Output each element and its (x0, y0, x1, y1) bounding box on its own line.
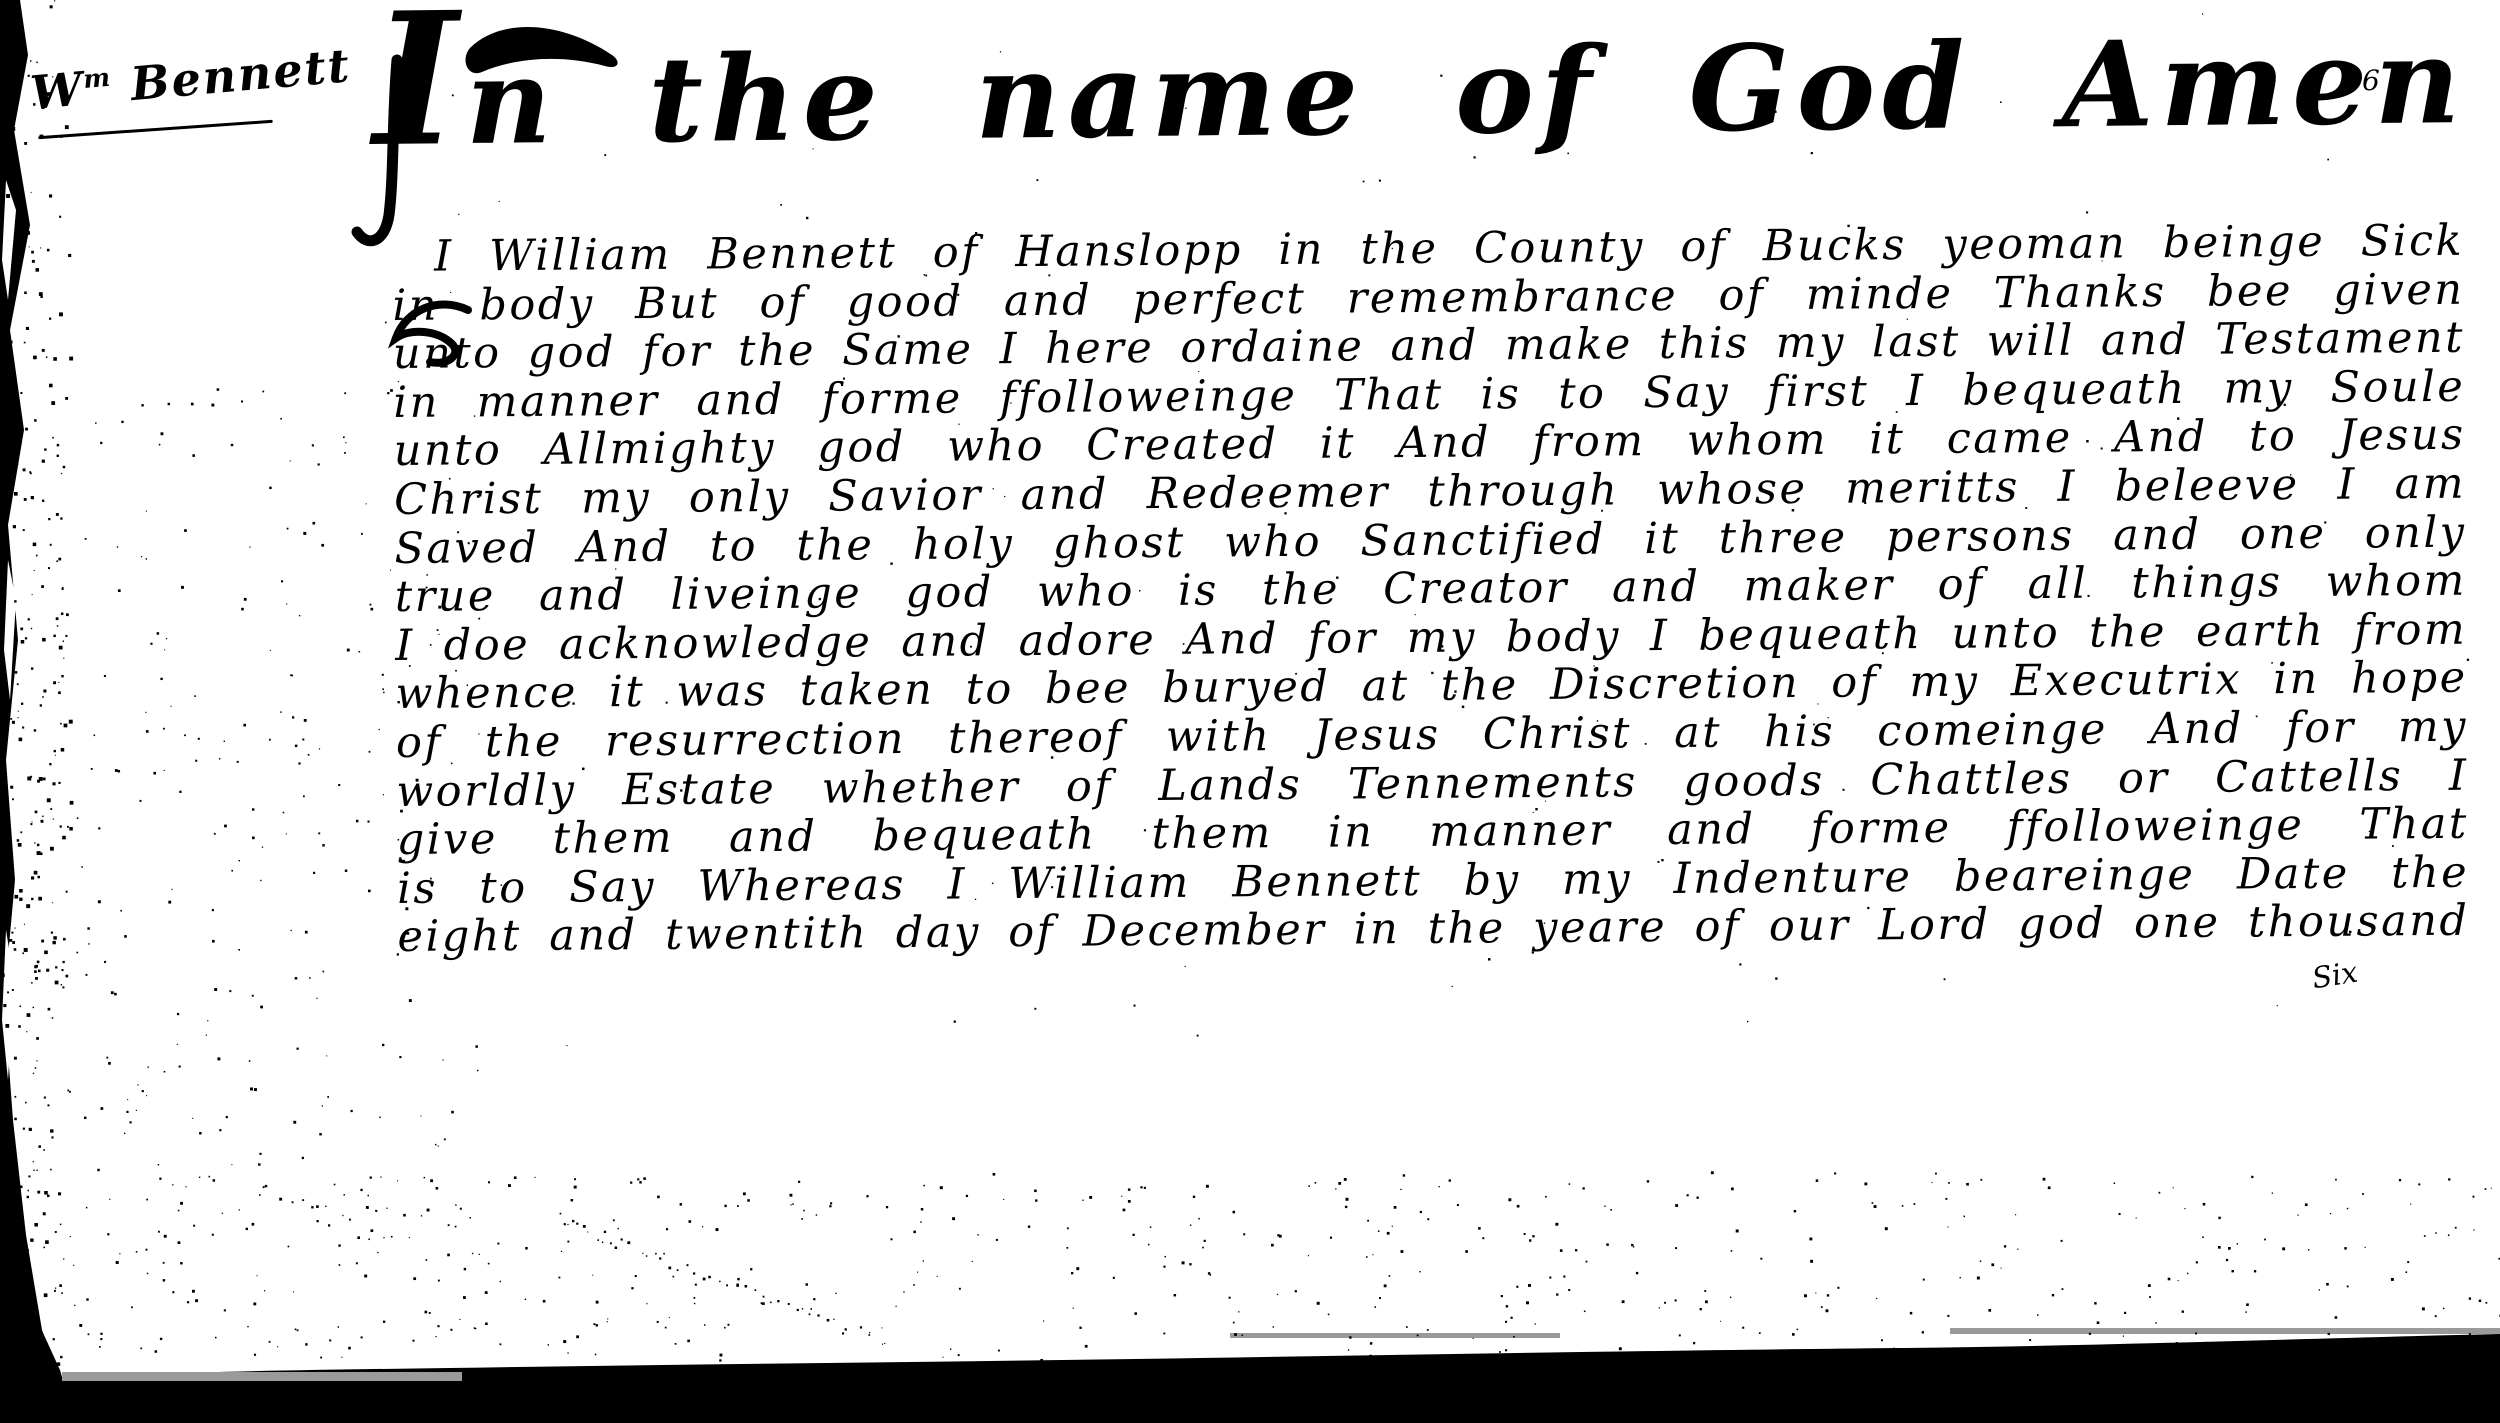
scan-gray-strip-mid (1230, 1333, 1560, 1338)
manuscript-page: Wm Bennett In the name of God Amen 6 I W… (0, 0, 2500, 1423)
margin-note-initial: W (28, 61, 86, 119)
scan-gray-strip-left (62, 1372, 462, 1381)
left-scan-edge (0, 0, 90, 1423)
catchword: Six (2310, 955, 2360, 996)
margin-note: Wm Bennett (28, 38, 353, 120)
scan-gray-strip-right (1950, 1328, 2500, 1334)
will-body-text: I William Bennett of Hanslopp in the Cou… (392, 217, 2470, 962)
margin-note-superscript: m (82, 62, 113, 94)
heading-in-the-name-of-god-amen: In the name of God Amen (372, 0, 2449, 178)
bottom-scan-band (0, 1220, 2500, 1423)
margin-note-underline (38, 120, 273, 139)
margin-note-surname: Bennett (110, 38, 353, 113)
corner-mark: 6 (2362, 64, 2380, 97)
